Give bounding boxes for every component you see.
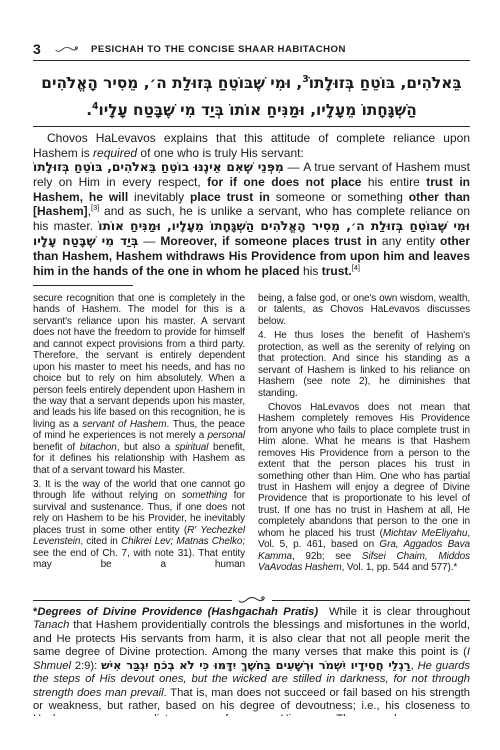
- scroll-ornament-icon: [238, 595, 266, 605]
- notes-right-column: being, a false god, or one's own wisdom,…: [258, 293, 470, 593]
- footnote-divider: [33, 595, 470, 605]
- divider-line-right: [272, 600, 471, 601]
- page-title: PESICHAH TO THE CONCISE SHAAR HABITACHON: [91, 44, 346, 55]
- book-page: 3 PESICHAH TO THE CONCISE SHAAR HABITACH…: [0, 0, 500, 750]
- translation-paragraph: מִפְּנֵי שֶׁאִם אֵינֶנּוּ בוֹטֵחַ בֵּאלֹ…: [33, 160, 470, 278]
- footnote-paragraph: *Degrees of Divine Providence (Hashgacha…: [33, 606, 470, 716]
- notes-separator-rule: [33, 285, 133, 286]
- divider-line-left: [33, 600, 232, 601]
- notes-left-column: secure recognition that one is completel…: [33, 293, 245, 593]
- hebrew-quote: בֵּאלֹהִים, בּוֹטֵחַ בְּזוּלָתוֹ3, וּמִי…: [33, 70, 470, 126]
- note-4-second-paragraph: Chovos HaLevavos does not mean that Hash…: [258, 402, 470, 574]
- main-text-block: Chovos HaLevavos explains that this atti…: [33, 131, 470, 283]
- page-number: 3: [33, 41, 41, 57]
- commentary-notes: secure recognition that one is completel…: [33, 293, 470, 593]
- note-3: 3. It is the way of the world that one c…: [33, 479, 245, 571]
- note-2-continuation: secure recognition that one is completel…: [33, 293, 245, 476]
- header-rule: [33, 60, 470, 61]
- scroll-ornament-icon: [55, 45, 79, 54]
- intro-paragraph: Chovos HaLevavos explains that this atti…: [33, 131, 470, 160]
- quote-rule: [33, 126, 470, 127]
- note-4: 4. He thus loses the benefit of Hashem's…: [258, 330, 470, 399]
- note-3-continuation: being, a false god, or one's own wisdom,…: [258, 293, 470, 327]
- page-header: 3 PESICHAH TO THE CONCISE SHAAR HABITACH…: [33, 41, 470, 57]
